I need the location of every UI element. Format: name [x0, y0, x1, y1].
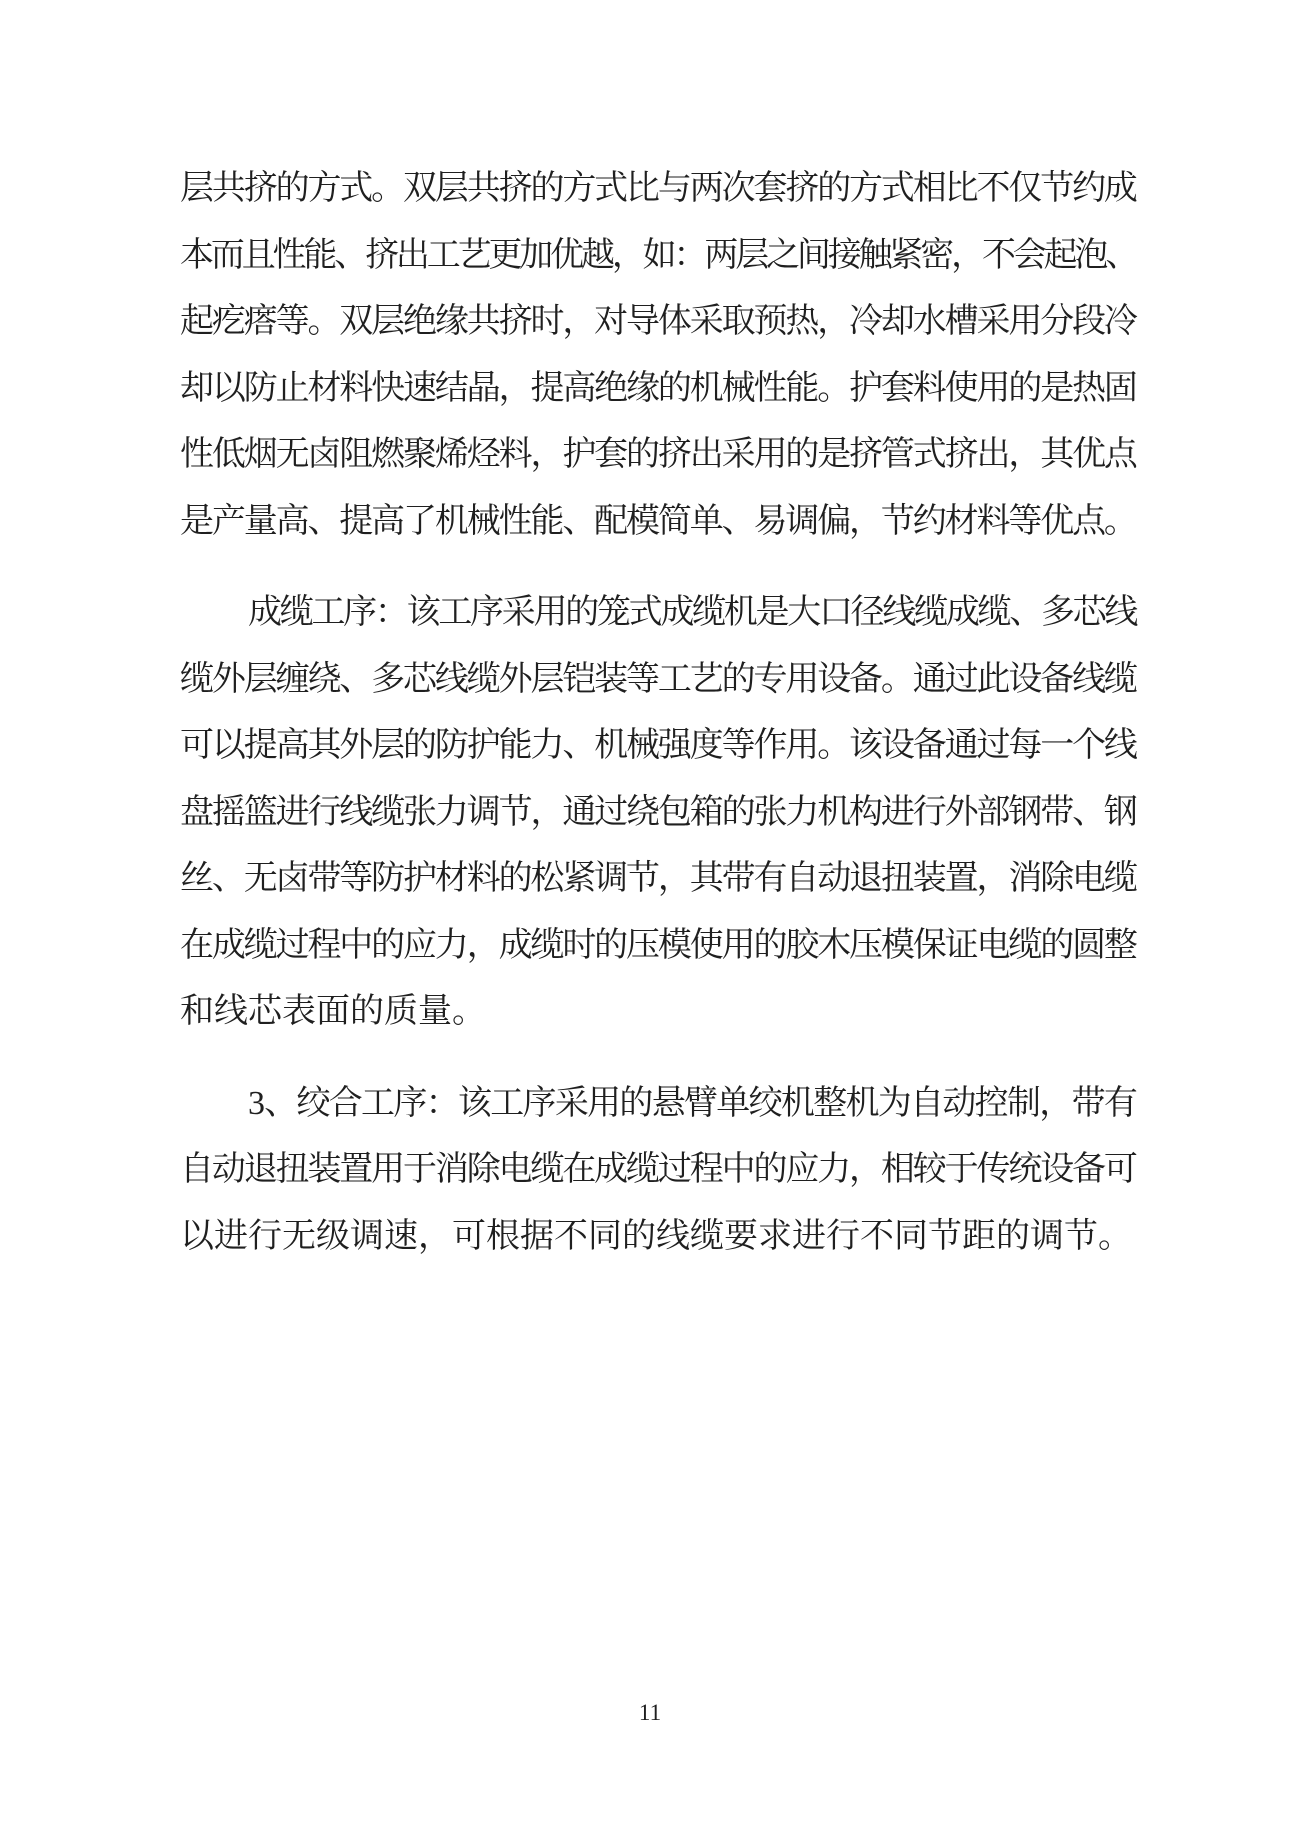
paragraph: 3、绞合工序：该工序采用的悬臂单绞机整机为自动控制，带有自动退扭装置用于消除电缆…: [180, 1071, 1136, 1271]
document-body: 层共挤的方式。双层共挤的方式比与两次套挤的方式相比不仅节约成本而且性能、挤出工艺…: [180, 156, 1136, 1295]
text-line: 性低烟无卤阻燃聚烯烃料，护套的挤出采用的是挤管式挤出，其优点: [180, 422, 1136, 489]
document-page: 层共挤的方式。双层共挤的方式比与两次套挤的方式相比不仅节约成本而且性能、挤出工艺…: [0, 0, 1300, 1838]
text-line: 本而且性能、挤出工艺更加优越，如：两层之间接触紧密，不会起泡、: [180, 223, 1136, 290]
text-line: 在成缆过程中的应力，成缆时的压模使用的胶木压模保证电缆的圆整: [180, 913, 1136, 980]
text-line: 可以提高其外层的防护能力、机械强度等作用。该设备通过每一个线: [180, 713, 1136, 780]
text-line: 和线芯表面的质量。: [180, 979, 1136, 1046]
text-line: 丝、无卤带等防护材料的松紧调节，其带有自动退扭装置，消除电缆: [180, 846, 1136, 913]
paragraph: 层共挤的方式。双层共挤的方式比与两次套挤的方式相比不仅节约成本而且性能、挤出工艺…: [180, 156, 1136, 555]
text-line: 盘摇篮进行线缆张力调节，通过绕包箱的张力机构进行外部钢带、钢: [180, 780, 1136, 847]
text-line: 成缆工序：该工序采用的笼式成缆机是大口径线缆成缆、多芯线: [180, 580, 1136, 647]
text-line: 3、绞合工序：该工序采用的悬臂单绞机整机为自动控制，带有: [180, 1071, 1136, 1138]
text-line: 自动退扭装置用于消除电缆在成缆过程中的应力，相较于传统设备可: [180, 1137, 1136, 1204]
text-line: 以进行无级调速，可根据不同的线缆要求进行不同节距的调节。: [180, 1204, 1136, 1271]
text-line: 缆外层缠绕、多芯线缆外层铠装等工艺的专用设备。通过此设备线缆: [180, 647, 1136, 714]
text-line: 是产量高、提高了机械性能、配模简单、易调偏，节约材料等优点。: [180, 489, 1136, 556]
text-line: 层共挤的方式。双层共挤的方式比与两次套挤的方式相比不仅节约成: [180, 156, 1136, 223]
paragraph: 成缆工序：该工序采用的笼式成缆机是大口径线缆成缆、多芯线缆外层缠绕、多芯线缆外层…: [180, 580, 1136, 1046]
text-line: 起疙瘩等。双层绝缘共挤时，对导体采取预热，冷却水槽采用分段冷: [180, 289, 1136, 356]
text-line: 却以防止材料快速结晶，提高绝缘的机械性能。护套料使用的是热固: [180, 356, 1136, 423]
page-number: 11: [0, 1698, 1300, 1728]
